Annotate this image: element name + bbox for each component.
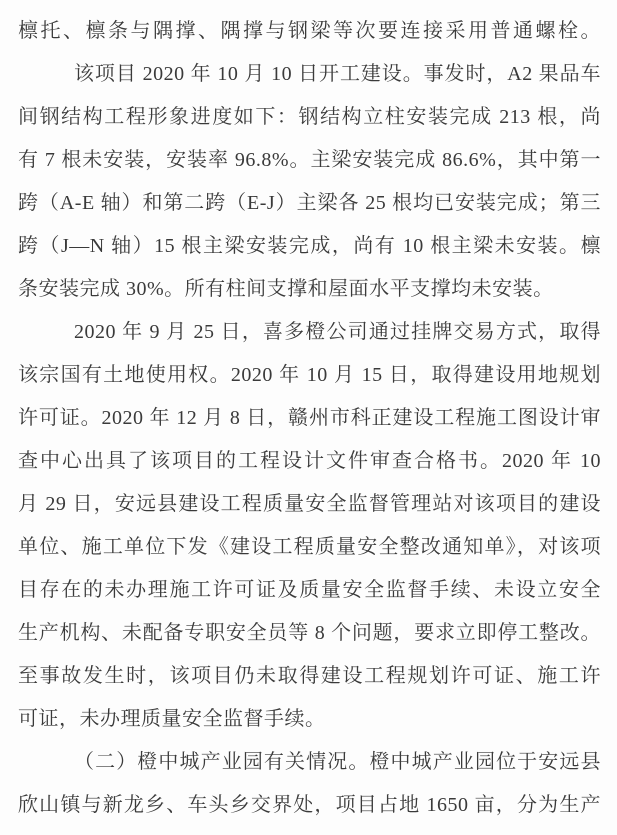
text-line: 单位、施工单位下发《建设工程质量安全整改通知单》，对该项: [18, 526, 601, 569]
text-line: 跨（A-E 轴）和第二跨（E-J）主梁各 25 根均已安装完成；第三: [18, 182, 601, 225]
text-line: （二）橙中城产业园有关情况。橙中城产业园位于安远县: [18, 741, 601, 784]
document-page: 檩托、檩条与隅撑、隅撑与钢梁等次要连接采用普通螺栓。 该项目 2020 年 10…: [0, 0, 617, 835]
text-line: 可证，未办理质量安全监督手续。: [18, 698, 601, 741]
text-line: 2020 年 9 月 25 日，喜多橙公司通过挂牌交易方式，取得: [18, 311, 601, 354]
text-line: 查中心出具了该项目的工程设计文件审查合格书。2020 年 10: [18, 440, 601, 483]
text-line: 许可证。2020 年 12 月 8 日，赣州市科正建设工程施工图设计审: [18, 397, 601, 440]
text-line: 条安装完成 30%。所有柱间支撑和屋面水平支撑均未安装。: [18, 268, 601, 311]
text-line: 月 29 日，安远县建设工程质量安全监督管理站对该项目的建设: [18, 483, 601, 526]
text-line: 该宗国有土地使用权。2020 年 10 月 15 日，取得建设用地规划: [18, 354, 601, 397]
text-line: 檩托、檩条与隅撑、隅撑与钢梁等次要连接采用普通螺栓。: [18, 10, 601, 53]
text-line: 生产机构、未配备专职安全员等 8 个问题，要求立即停工整改。: [18, 612, 601, 655]
text-line: 该项目 2020 年 10 月 10 日开工建设。事发时，A2 果品车: [18, 53, 601, 96]
text-line: 间钢结构工程形象进度如下：钢结构立柱安装完成 213 根，尚: [18, 96, 601, 139]
text-line: 欣山镇与新龙乡、车头乡交界处，项目占地 1650 亩，分为生产: [18, 784, 601, 827]
text-line: 有 7 根未安装，安装率 96.8%。主梁安装完成 86.6%，其中第一: [18, 139, 601, 182]
text-line: 目存在的未办理施工许可证及质量安全监督手续、未设立安全: [18, 569, 601, 612]
text-line: 至事故发生时，该项目仍未取得建设工程规划许可证、施工许: [18, 655, 601, 698]
text-line: 跨（J—N 轴）15 根主梁安装完成，尚有 10 根主梁未安装。檩: [18, 225, 601, 268]
